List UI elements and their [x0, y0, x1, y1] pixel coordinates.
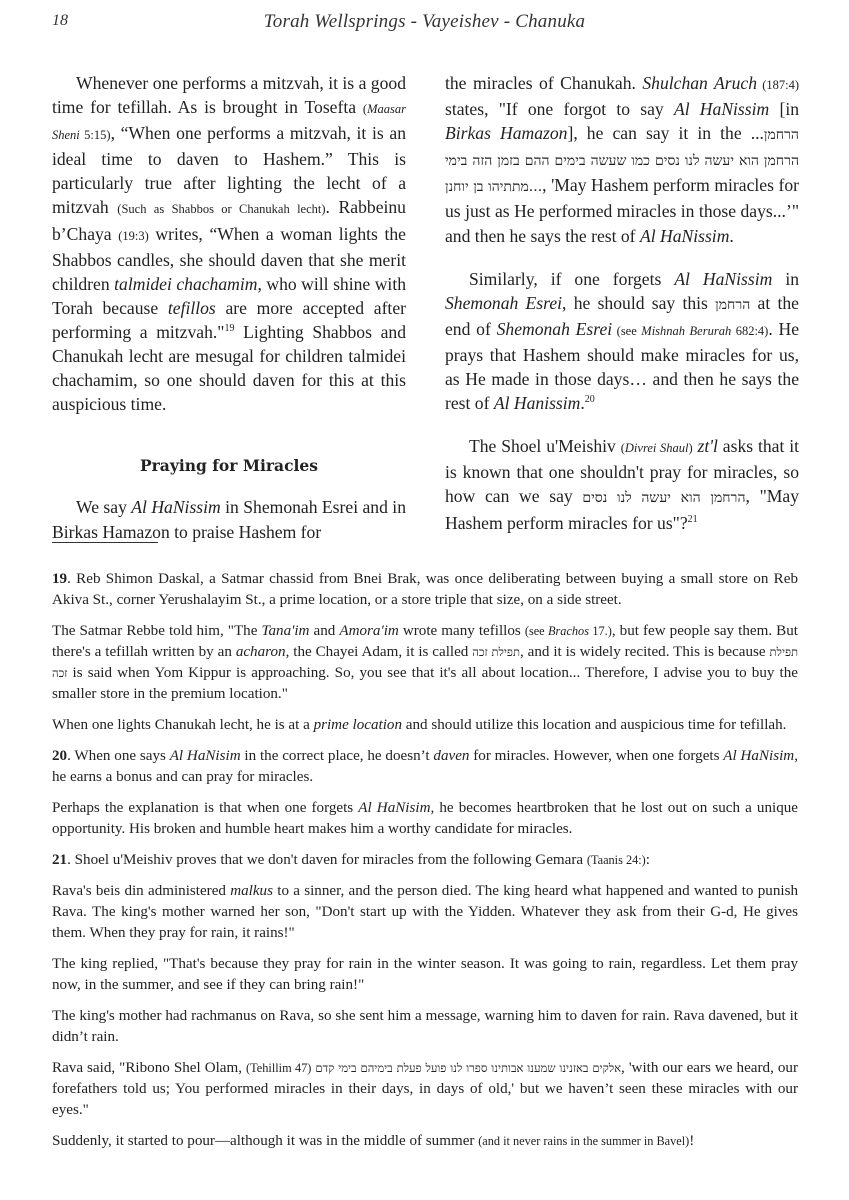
hebrew-text: הרחמן — [764, 127, 799, 143]
text-span: states, "If one forgot to say — [445, 99, 674, 119]
footnote-20: 20. When one says Al HaNisim in the corr… — [52, 746, 798, 788]
text-span: Al Hanissim — [494, 393, 581, 413]
body-paragraph: Similarly, if one forgets Al HaNissim in… — [445, 267, 799, 416]
source-reference: (Such as Shabbos or Chanukah lecht) — [117, 202, 325, 216]
text-span: in — [772, 269, 799, 289]
text-span: Brachos — [548, 624, 589, 638]
text-span: and should utilize this location and aus… — [402, 717, 786, 733]
text-span: in the correct place, he doesn’t — [241, 748, 434, 764]
text-span: [in — [769, 99, 799, 119]
body-paragraph: Whenever one performs a mitzvah, it is a… — [52, 71, 406, 416]
text-span: wrote many tefillos — [399, 623, 525, 639]
text-span: Mishnah Berurah — [641, 324, 731, 338]
footnote-divider — [52, 542, 158, 543]
text-span: , the Chayei Adam, it is called — [286, 644, 473, 660]
page-header: 18 Torah Wellsprings - Vayeishev - Chanu… — [52, 10, 797, 40]
text-span: daven — [433, 748, 469, 764]
text-span: ! — [689, 1133, 694, 1149]
footnote-marker[interactable]: 21 — [688, 514, 698, 525]
section-heading: Praying for Miracles — [52, 454, 406, 478]
footnote-paragraph: The king's mother had rachmanus on Rava,… — [52, 1006, 798, 1048]
text-span: Rava said, "Ribono Shel Olam, — [52, 1060, 246, 1076]
footnote-number: 20 — [52, 748, 67, 764]
text-span: (and it never rains in the summer in Bav… — [478, 1134, 689, 1148]
footnotes-section: 19. Reb Shimon Daskal, a Satmar chassid … — [52, 569, 798, 1162]
text-span: tefillos — [168, 298, 216, 318]
text-span: (Taanis 24:) — [587, 853, 646, 867]
body-paragraph: The Shoel u'Meishiv (Divrei Shaul) zt'l … — [445, 434, 799, 534]
text-span: (see — [525, 624, 548, 638]
text-span: We say — [76, 497, 131, 517]
text-span: , he should say this — [562, 293, 715, 313]
text-span: malkus — [230, 883, 273, 899]
text-span: talmidei chachamim — [114, 274, 257, 294]
body-paragraph: the miracles of Chanukah. Shulchan Aruch… — [445, 71, 799, 248]
text-span: acharon — [236, 644, 286, 660]
text-span: Divrei Shaul — [625, 441, 689, 455]
text-span: Al HaNissim — [674, 99, 769, 119]
body-paragraph: We say Al HaNissim in Shemonah Esrei and… — [52, 495, 406, 543]
text-span: . — [729, 226, 733, 246]
text-span: (see — [612, 324, 641, 338]
hebrew-text: אלקים באזנינו שמענו אבותינו ספרו לנו פוע… — [315, 1061, 621, 1075]
footnote-paragraph: Perhaps the explanation is that when one… — [52, 798, 798, 840]
text-span: Al HaNisim, — [358, 800, 434, 816]
footnote-number: 19 — [52, 571, 67, 587]
left-column: Whenever one performs a mitzvah, it is a… — [52, 71, 406, 563]
footnote-paragraph: Rava's beis din administered malkus to a… — [52, 881, 798, 944]
text-span: zt'l — [698, 436, 718, 456]
running-title: Torah Wellsprings - Vayeishev - Chanuka — [52, 11, 797, 33]
footnote-paragraph: When one lights Chanukah lecht, he is at… — [52, 715, 798, 736]
footnote-21: 21. Shoel u'Meishiv proves that we don't… — [52, 850, 798, 871]
text-span: Shemonah Esrei — [497, 319, 613, 339]
text-span: 5:15) — [80, 128, 111, 142]
right-column: the miracles of Chanukah. Shulchan Aruch… — [445, 71, 799, 554]
text-span: : — [646, 852, 650, 868]
text-span: . Shoel u'Meishiv proves that we don't d… — [67, 852, 587, 868]
text-span: Al HaNissim — [131, 497, 220, 517]
text-span: (187:4) — [757, 78, 799, 92]
text-span: The Shoel u'Meishiv — [469, 436, 621, 456]
text-span: . When one says — [67, 748, 170, 764]
footnote-paragraph: Suddenly, it started to pour—although it… — [52, 1131, 798, 1152]
text-span: Al HaNisim — [170, 748, 241, 764]
text-span: The Satmar Rebbe told him, "The — [52, 623, 261, 639]
footnote-marker[interactable]: 20 — [585, 394, 595, 405]
text-span: Rava's beis din administered — [52, 883, 230, 899]
text-span: Al HaNisim — [723, 748, 794, 764]
text-span: Similarly, if one forgets — [469, 269, 674, 289]
text-span: Suddenly, it started to pour—although it… — [52, 1133, 478, 1149]
text-span: Shulchan Aruch — [642, 73, 757, 93]
footnote-paragraph: The king replied, "That's because they p… — [52, 954, 798, 996]
footnote-marker[interactable]: 19 — [224, 323, 234, 334]
text-span: Amora'im — [339, 623, 398, 639]
text-span: Birkas Hamazon — [445, 123, 567, 143]
text-span: 17.) — [589, 624, 612, 638]
text-span: and — [309, 623, 339, 639]
footnote-paragraph: Rava said, "Ribono Shel Olam, (Tehillim … — [52, 1058, 798, 1121]
hebrew-text: הרחמן הוא יעשה לנו נסים — [582, 490, 745, 506]
text-span: (19:3) — [118, 229, 149, 243]
text-span: . Reb Shimon Daskal, a Satmar chassid fr… — [52, 571, 798, 608]
text-span: When one lights Chanukah lecht, he is at… — [52, 717, 314, 733]
text-span: prime location — [314, 717, 402, 733]
text-span: for miracles. However, when one forgets — [469, 748, 723, 764]
text-span: (Tehillim 47) — [246, 1061, 311, 1075]
text-span: , and it is widely recited. This is beca… — [520, 644, 770, 660]
footnote-19: 19. Reb Shimon Daskal, a Satmar chassid … — [52, 569, 798, 611]
text-span: Tana'im — [261, 623, 309, 639]
hebrew-text: הרחמן — [715, 297, 750, 313]
text-span: Al HaNissim — [674, 269, 772, 289]
text-span: Shemonah Esrei — [445, 293, 562, 313]
text-span: ... — [751, 123, 764, 143]
text-span: Perhaps the explanation is that when one… — [52, 800, 358, 816]
text-span: is said when Yom Kippur is approaching. … — [52, 665, 798, 702]
text-span: ], he can say it in the — [567, 123, 750, 143]
hebrew-text: תפילת זכה — [472, 645, 520, 659]
text-span: ) — [688, 441, 692, 455]
text-span: Whenever one performs a mitzvah, it is a… — [52, 73, 406, 117]
footnote-number: 21 — [52, 852, 67, 868]
footnote-paragraph: The Satmar Rebbe told him, "The Tana'im … — [52, 621, 798, 705]
text-span: Al HaNissim — [640, 226, 729, 246]
text-span: 682:4) — [731, 324, 768, 338]
text-span: the miracles of Chanukah. — [445, 73, 642, 93]
